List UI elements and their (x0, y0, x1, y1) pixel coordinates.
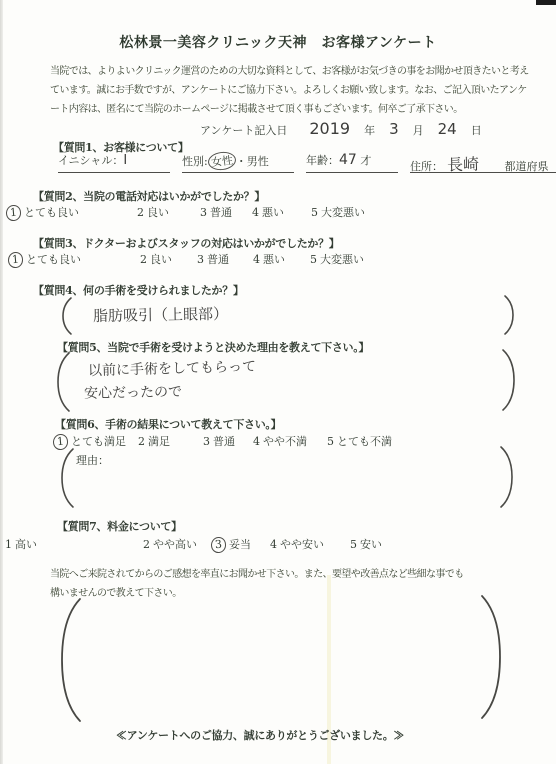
handwritten-age: 47 (339, 152, 357, 168)
handwritten-q5-answer-line1: 以前に手術をしてもらって (88, 356, 256, 380)
intro-text: 当院では、よりよいクリニック運営のための大切な資料として、お客様がお気づきの事を… (50, 62, 529, 119)
answer-bracket-right (500, 348, 518, 412)
scanned-survey-page: 松林景一美容クリニック天神 お客様アンケート 当院では、よりよいクリニック運営の… (0, 0, 556, 764)
option-number: 5 (310, 253, 317, 266)
scan-edge-artifact (0, 0, 3, 764)
sex-label: 性別: (182, 155, 208, 168)
q2-option-2: 2良い (137, 204, 169, 220)
option-number: 5 (311, 206, 318, 219)
question-3-heading: 【質問3、ドクターおよびスタッフの対応はいかがでしたか？】 (33, 235, 340, 251)
option-label: やや不満 (263, 435, 307, 448)
option-label: とても満足 (71, 435, 126, 448)
option-label: 妥当 (229, 538, 251, 551)
question-5-heading: 【質問5、当院で手術を受けようと決めた理由を教えて下さい。】 (57, 339, 369, 355)
handwritten-day: 24 (438, 120, 457, 138)
comment-bracket-right (478, 593, 506, 721)
question-7-heading: 【質問7、料金について】 (57, 518, 182, 534)
q7-option-1: 1高い (5, 536, 37, 552)
option-number: 5 (350, 538, 357, 551)
option-label: 悪い (263, 253, 285, 266)
answer-bracket-left (54, 351, 72, 413)
option-number: 1 (5, 538, 12, 551)
q3-option-3: 3普通 (197, 251, 229, 267)
option-label: とても良い (24, 206, 79, 219)
handwritten-initial: I (123, 153, 127, 168)
handwritten-q5-answer-line2: 安心だったので (84, 381, 182, 403)
option-number: 3 (200, 206, 207, 219)
option-number: 4 (270, 538, 277, 551)
handwritten-month: 3 (389, 120, 399, 138)
option-label: とても良い (26, 253, 81, 266)
option-label: 悪い (262, 206, 284, 219)
q6-option-5: 5とても不満 (327, 433, 392, 449)
address-label: 住所： (410, 160, 443, 173)
option-number: 1 (5, 204, 21, 221)
option-label: 大変悪い (320, 253, 364, 266)
handwritten-circle-female: 女性 (207, 150, 237, 171)
option-number: 4 (253, 253, 260, 266)
q3-option-4: 4悪い (253, 251, 285, 267)
answer-bracket-left (60, 296, 74, 336)
page-title: 松林景一美容クリニック天神 お客様アンケート (0, 32, 556, 52)
survey-date-row: アンケート記入日2019年3月24日 (200, 119, 482, 138)
thanks-message: ≪アンケートへのご協力、誠にありがとうございました。≫ (0, 727, 520, 743)
option-number: 5 (327, 435, 334, 448)
age-field: 年齢：47 才 (306, 152, 398, 173)
q2-option-3: 3普通 (200, 204, 232, 220)
option-label: 普通 (213, 435, 235, 448)
q6-option-3: 3普通 (203, 433, 235, 449)
year-unit: 年 (364, 124, 375, 137)
sex-field: 性別:女性・男性 (182, 152, 294, 173)
option-label: 良い (147, 206, 169, 219)
reason-bracket-right (498, 445, 516, 509)
age-label: 年齢： (306, 154, 339, 167)
q3-option-1: 1とても良い (10, 251, 81, 268)
option-number: 2 (140, 253, 147, 266)
initial-field: イニシャル：I (58, 152, 170, 173)
month-unit: 月 (413, 124, 424, 137)
option-label: やや高い (153, 538, 197, 551)
free-comment-prompt: 当院へご来院されてからのご感想を率直にお聞かせ下さい。また、要望や改善点など些細… (50, 565, 464, 603)
option-label: とても不満 (337, 435, 392, 448)
q6-option-4: 4やや不満 (253, 433, 307, 449)
intro-line: ています。誠にお手数ですが、アンケートにご協力下さい。よろしくお願い致します。な… (50, 81, 529, 100)
option-label: 普通 (207, 253, 229, 266)
q2-option-5: 5大変悪い (311, 204, 365, 220)
q7-option-3: 3妥当 (213, 536, 251, 553)
q2-option-4: 4悪い (252, 204, 284, 220)
option-number: 3 (203, 435, 210, 448)
prefecture-suffix: 都道府県 (505, 160, 549, 173)
option-label: 安い (360, 538, 382, 551)
handwritten-year: 2019 (309, 119, 350, 138)
option-number: 2 (137, 206, 144, 219)
intro-line: ート内容は、匿名にて当院のホームページに掲載させて頂く事もございます。何卒ご了承… (50, 100, 529, 119)
q6-option-2: 2満足 (138, 433, 170, 449)
comment-bracket-left (56, 596, 84, 724)
sex-male-label: ・男性 (236, 155, 269, 168)
scan-corner-artifact (536, 0, 556, 5)
q7-options-row: 1高い 2やや高い 3妥当 4やや安い 5安い (5, 536, 550, 554)
q2-option-1: 1とても良い (8, 204, 79, 221)
q7-option-5: 5安い (350, 536, 382, 552)
intro-line: 当院では、よりよいクリニック運営のための大切な資料として、お客様がお気づきの事を… (50, 62, 529, 81)
prompt-line: 当院へご来院されてからのご感想を率直にお聞かせ下さい。また、要望や改善点など些細… (50, 565, 464, 584)
q3-option-5: 5大変悪い (310, 251, 364, 267)
handwritten-address: 長崎 (446, 151, 479, 175)
handwritten-q4-answer: 脂肪吸引（上眼部） (93, 303, 228, 326)
option-number: 1 (7, 251, 23, 268)
initial-label: イニシャル： (58, 154, 123, 167)
option-label: 大変悪い (321, 206, 365, 219)
option-number: 2 (143, 538, 150, 551)
option-number: 3 (210, 536, 226, 553)
q6-options-row: 1とても満足 2満足 3普通 4やや不満 5とても不満 (55, 433, 555, 451)
option-label: 良い (150, 253, 172, 266)
day-unit: 日 (471, 124, 482, 137)
option-label: 満足 (148, 435, 170, 448)
question-6-heading: 【質問6、手術の結果について教えて下さい。】 (55, 416, 281, 432)
reason-label: 理由： (76, 452, 109, 468)
question-2-heading: 【質問2、当院の電話対応はいかがでしたか？】 (33, 188, 265, 204)
address-field: 住所： 長崎都道府県 (410, 152, 556, 173)
age-unit: 才 (360, 154, 371, 167)
date-label: アンケート記入日 (200, 124, 287, 137)
q3-options-row: 1とても良い 2良い 3普通 4悪い 5大変悪い (10, 251, 550, 269)
prompt-line: 構いませんので教えて下さい。 (50, 584, 464, 603)
q2-options-row: 1とても良い 2良い 3普通 4悪い 5大変悪い (8, 204, 548, 222)
option-number: 4 (252, 206, 259, 219)
option-label: 高い (15, 538, 37, 551)
option-number: 4 (253, 435, 260, 448)
option-number: 3 (197, 253, 204, 266)
option-label: 普通 (210, 206, 232, 219)
option-label: やや安い (280, 538, 324, 551)
q3-option-2: 2良い (140, 251, 172, 267)
option-number: 2 (138, 435, 145, 448)
q7-option-2: 2やや高い (143, 536, 197, 552)
reason-bracket-left (58, 447, 76, 509)
answer-bracket-right (502, 294, 516, 336)
q7-option-4: 4やや安い (270, 536, 324, 552)
